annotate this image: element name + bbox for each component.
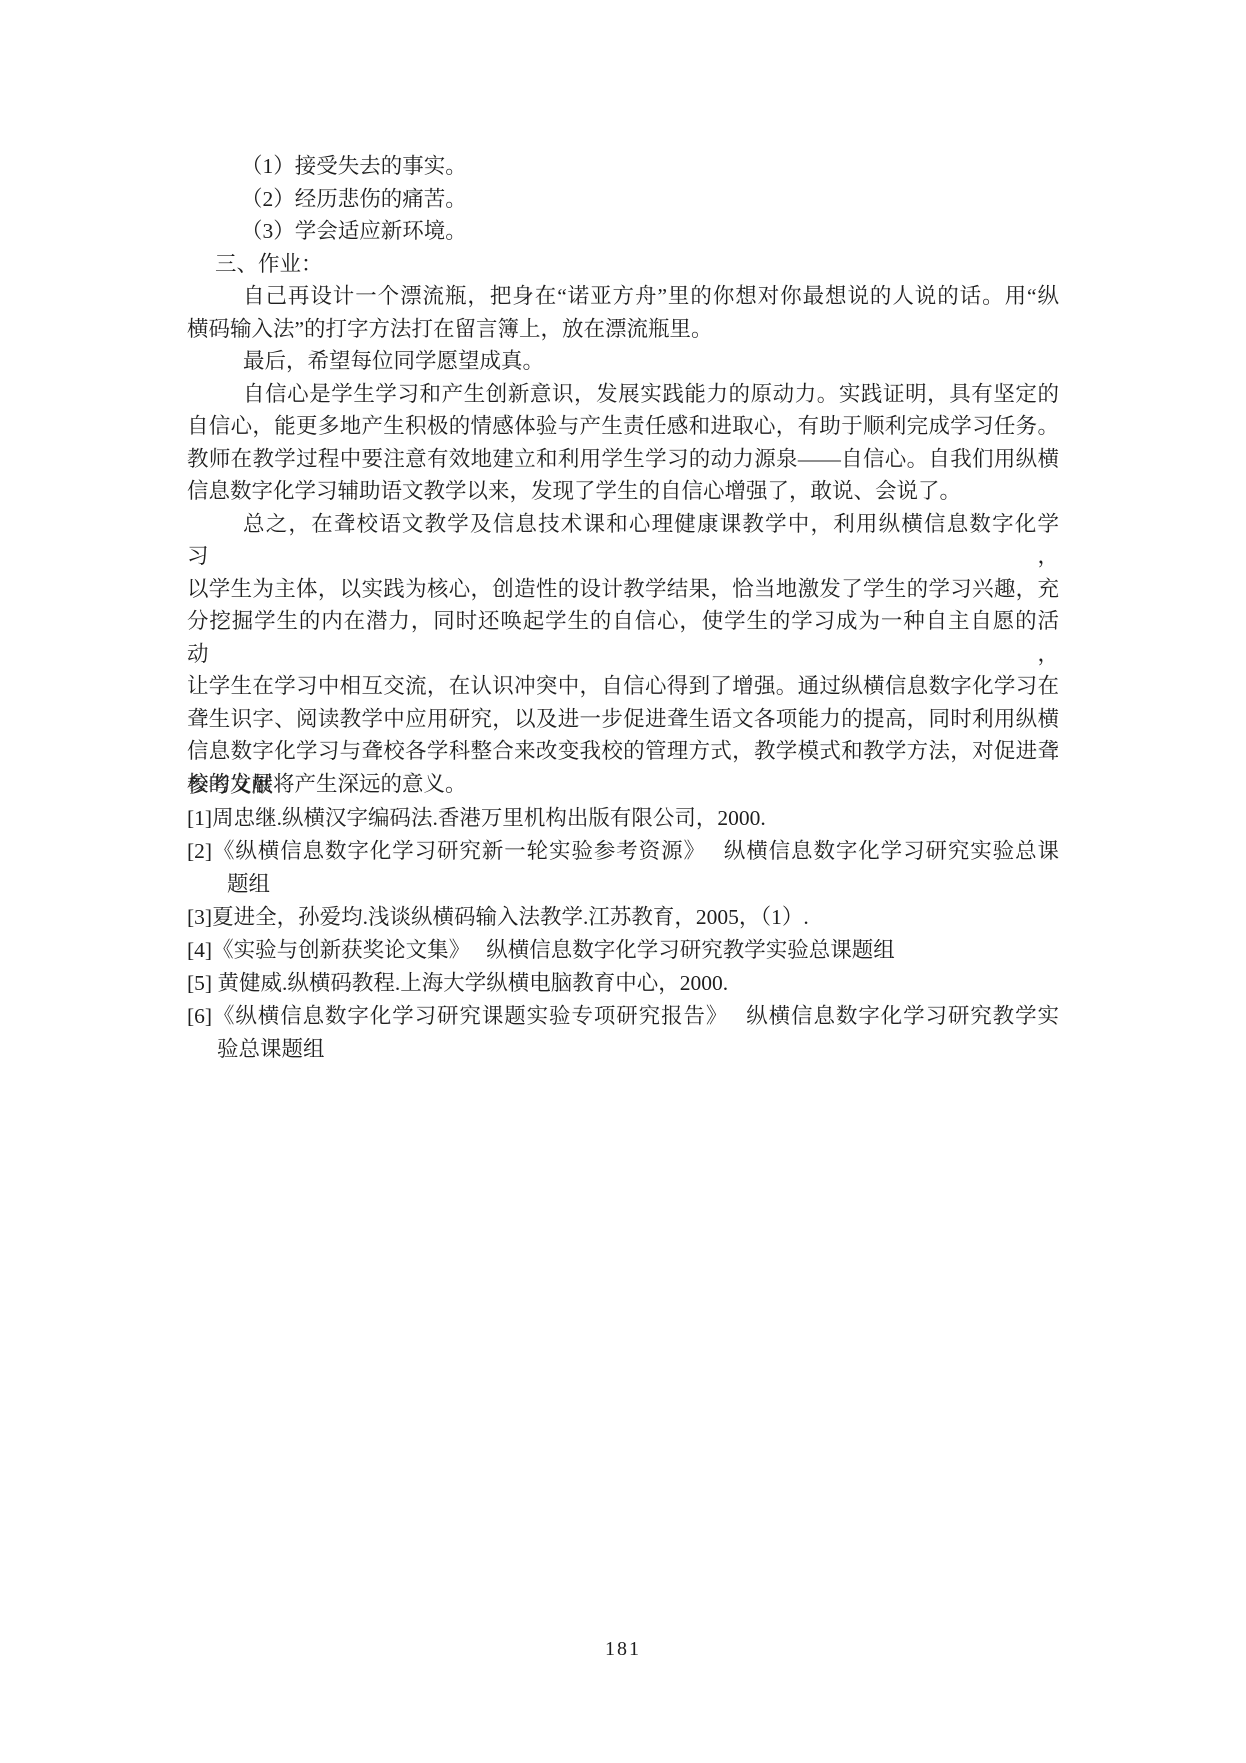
paragraph-line: 信息数字化学习辅助语文教学以来，发现了学生的自信心增强了，敢说、会说了。 [187, 475, 1059, 508]
list-item-1: （1）接受失去的事实。 [187, 150, 1059, 183]
list-item-3: （3）学会适应新环境。 [187, 215, 1059, 248]
paragraph-line: 自己再设计一个漂流瓶，把身在“诺亚方舟”里的你想对你最想说的人说的话。用“纵 [187, 280, 1059, 313]
paragraph-line: 信息数字化学习与聋校各学科整合来改变我校的管理方式，教学模式和教学方法，对促进聋 [187, 735, 1059, 768]
paragraph-line: 自信心是学生学习和产生创新意识，发展实践能力的原动力。实践证明，具有坚定的 [187, 378, 1059, 411]
paragraph-line: 教师在教学过程中要注意有效地建立和利用学生学习的动力源泉——自信心。自我们用纵横 [187, 443, 1059, 476]
reference-entry-4: [4]《实验与创新获奖论文集》 纵横信息数字化学习研究教学实验总课题组 [187, 934, 1059, 967]
paragraph-line: 自信心，能更多地产生积极的情感体验与产生责任感和进取心，有助于顺利完成学习任务。 [187, 410, 1059, 443]
reference-entry-6-continuation: 验总课题组 [187, 1033, 1059, 1066]
references-heading: 参考文献 [187, 769, 1059, 802]
document-page: （1）接受失去的事实。 （2）经历悲伤的痛苦。 （3）学会适应新环境。 三、作业… [0, 0, 1246, 1763]
reference-entry-1: [1]周忠继.纵横汉字编码法.香港万里机构出版有限公司，2000. [187, 802, 1059, 835]
paragraph-line: 以学生为主体，以实践为核心，创造性的设计教学结果，恰当地激发了学生的学习兴趣，充 [187, 573, 1059, 606]
paragraph-line: 横码输入法”的打字方法打在留言簿上，放在漂流瓶里。 [187, 313, 1059, 346]
references-section: 参考文献 [1]周忠继.纵横汉字编码法.香港万里机构出版有限公司，2000. [… [187, 769, 1059, 1066]
reference-entry-2: [2]《纵横信息数字化学习研究新一轮实验参考资源》 纵横信息数字化学习研究实验总… [187, 835, 1059, 868]
paragraph-line: 最后，希望每位同学愿望成真。 [187, 345, 1059, 378]
reference-entry-6: [6]《纵横信息数字化学习研究课题实验专项研究报告》 纵横信息数字化学习研究教学… [187, 1000, 1059, 1033]
reference-entry-5: [5] 黄健威.纵横码教程.上海大学纵横电脑教育中心，2000. [187, 967, 1059, 1000]
page-number: 181 [0, 1638, 1246, 1661]
paragraph-line: 分挖掘学生的内在潜力，同时还唤起学生的自信心，使学生的学习成为一种自主自愿的活动… [187, 605, 1059, 670]
body-text: （1）接受失去的事实。 （2）经历悲伤的痛苦。 （3）学会适应新环境。 三、作业… [187, 150, 1059, 800]
list-item-2: （2）经历悲伤的痛苦。 [187, 183, 1059, 216]
paragraph-line: 让学生在学习中相互交流，在认识冲突中，自信心得到了增强。通过纵横信息数字化学习在 [187, 670, 1059, 703]
reference-entry-3: [3]夏进全，孙爱均.浅谈纵横码输入法教学.江苏教育，2005，（1）. [187, 901, 1059, 934]
reference-entry-2-continuation: 题组 [187, 868, 1059, 901]
paragraph-line: 总之，在聋校语文教学及信息技术课和心理健康课教学中，利用纵横信息数字化学习， [187, 508, 1059, 573]
paragraph-line: 聋生识字、阅读教学中应用研究，以及进一步促进聋生语文各项能力的提高，同时利用纵横 [187, 703, 1059, 736]
section-heading-homework: 三、作业： [187, 248, 1059, 281]
